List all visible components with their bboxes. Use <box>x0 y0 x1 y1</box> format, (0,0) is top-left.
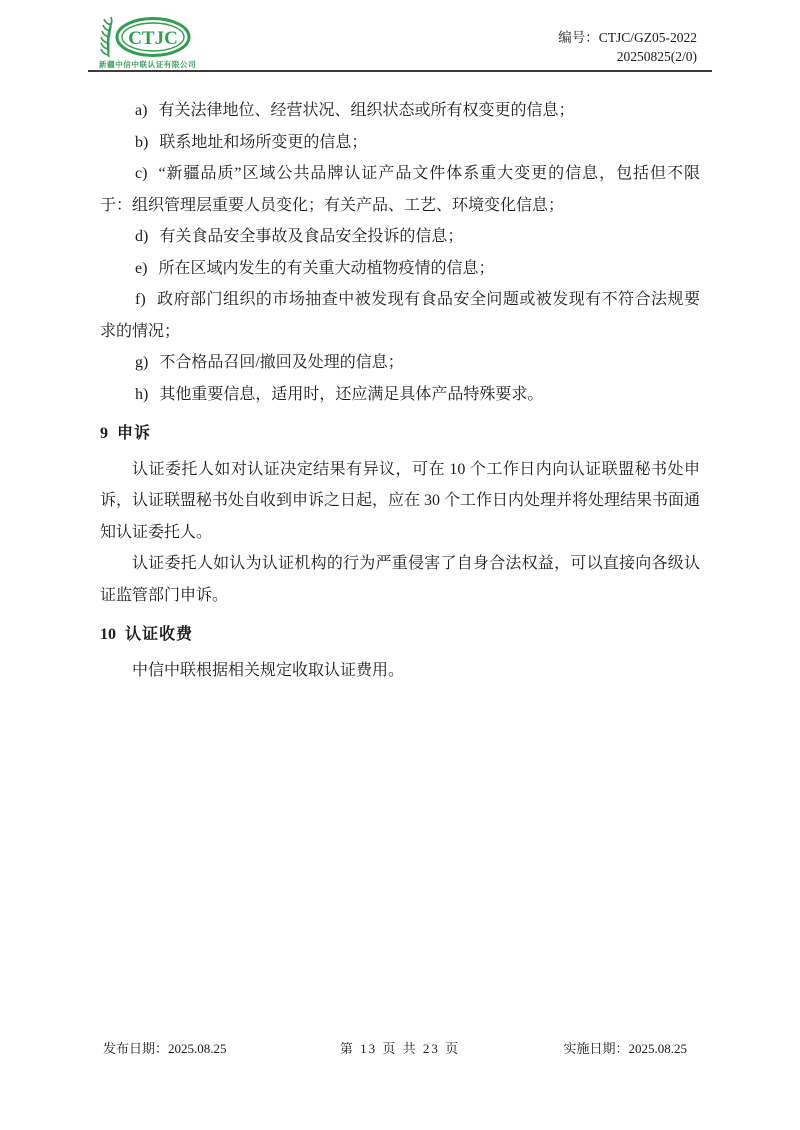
doc-version: 20250825(2/0) <box>558 47 697 66</box>
list-item-text: 有关食品安全事故及食品安全投诉的信息； <box>159 228 463 245</box>
list-item-b: b)联系地址和场所变更的信息； <box>100 127 700 159</box>
list-item-text: “新疆品质”区域公共品牌认证产品文件体系重大变更的信息，包括但不限于：组织管理层… <box>100 165 700 214</box>
section-9-paragraph-2: 认证委托人如认为认证机构的行为严重侵害了自身合法权益，可以直接向各级认证监管部门… <box>100 548 700 611</box>
ctjc-logo-graphic: CTJC <box>98 15 198 61</box>
list-item-c: c)“新疆品质”区域公共品牌认证产品文件体系重大变更的信息，包括但不限于：组织管… <box>100 158 700 221</box>
list-item-label: d) <box>135 228 148 245</box>
list-item-g: g)不合格品召回/撤回及处理的信息； <box>100 347 700 379</box>
section-10-paragraph-1: 中信中联根据相关规定收取认证费用。 <box>100 655 700 687</box>
list-item-text: 有关法律地位、经营状况、组织状态或所有权变更的信息； <box>158 102 574 119</box>
list-item-label: b) <box>135 134 148 151</box>
header-rule <box>88 70 712 72</box>
list-item-label: a) <box>135 102 147 119</box>
document-body: a)有关法律地位、经营状况、组织状态或所有权变更的信息； b)联系地址和场所变更… <box>100 95 700 686</box>
section-10-heading: 10认证收费 <box>100 617 700 651</box>
list-item-label: e) <box>135 260 147 277</box>
list-item-f: f)政府部门组织的市场抽查中被发现有食品安全问题或被发现有不符合法规要求的情况； <box>100 284 700 347</box>
list-item-label: h) <box>135 386 148 403</box>
section-title: 申诉 <box>117 425 151 442</box>
section-number: 10 <box>100 626 116 643</box>
ctjc-logo: CTJC <box>98 15 198 61</box>
list-item-text: 其他重要信息，适用时，还应满足具体产品特殊要求。 <box>159 386 543 403</box>
wheat-ear-icon <box>101 17 112 57</box>
doc-number: 编号：CTJC/GZ05-2022 <box>558 28 697 47</box>
section-9-paragraph-1: 认证委托人如对认证决定结果有异议，可在 10 个工作日内向认证联盟秘书处申诉，认… <box>100 454 700 549</box>
document-page: CTJC 新疆中信中联认证有限公司 编号：CTJC/GZ05-2022 2025… <box>0 0 800 1130</box>
logo-acronym: CTJC <box>128 28 178 49</box>
section-number: 9 <box>100 425 108 442</box>
list-item-label: c) <box>135 165 147 182</box>
list-item-a: a)有关法律地位、经营状况、组织状态或所有权变更的信息； <box>100 95 700 127</box>
section-9-heading: 9申诉 <box>100 416 700 450</box>
list-item-text: 联系地址和场所变更的信息； <box>159 134 367 151</box>
header-doc-info: 编号：CTJC/GZ05-2022 20250825(2/0) <box>558 28 697 66</box>
list-item-text: 所在区域内发生的有关重大动植物疫情的信息； <box>158 260 494 277</box>
list-item-label: g) <box>135 354 148 371</box>
list-item-d: d)有关食品安全事故及食品安全投诉的信息； <box>100 221 700 253</box>
list-item-label: f) <box>135 291 146 308</box>
list-item-text: 政府部门组织的市场抽查中被发现有食品安全问题或被发现有不符合法规要求的情况； <box>100 291 700 340</box>
list-item-text: 不合格品召回/撤回及处理的信息； <box>159 354 403 371</box>
list-item-h: h)其他重要信息，适用时，还应满足具体产品特殊要求。 <box>100 379 700 411</box>
company-name: 新疆中信中联认证有限公司 <box>99 59 196 70</box>
list-item-e: e)所在区域内发生的有关重大动植物疫情的信息； <box>100 253 700 285</box>
section-title: 认证收费 <box>125 626 193 643</box>
footer-implementation-date: 实施日期：2025.08.25 <box>563 1040 687 1057</box>
